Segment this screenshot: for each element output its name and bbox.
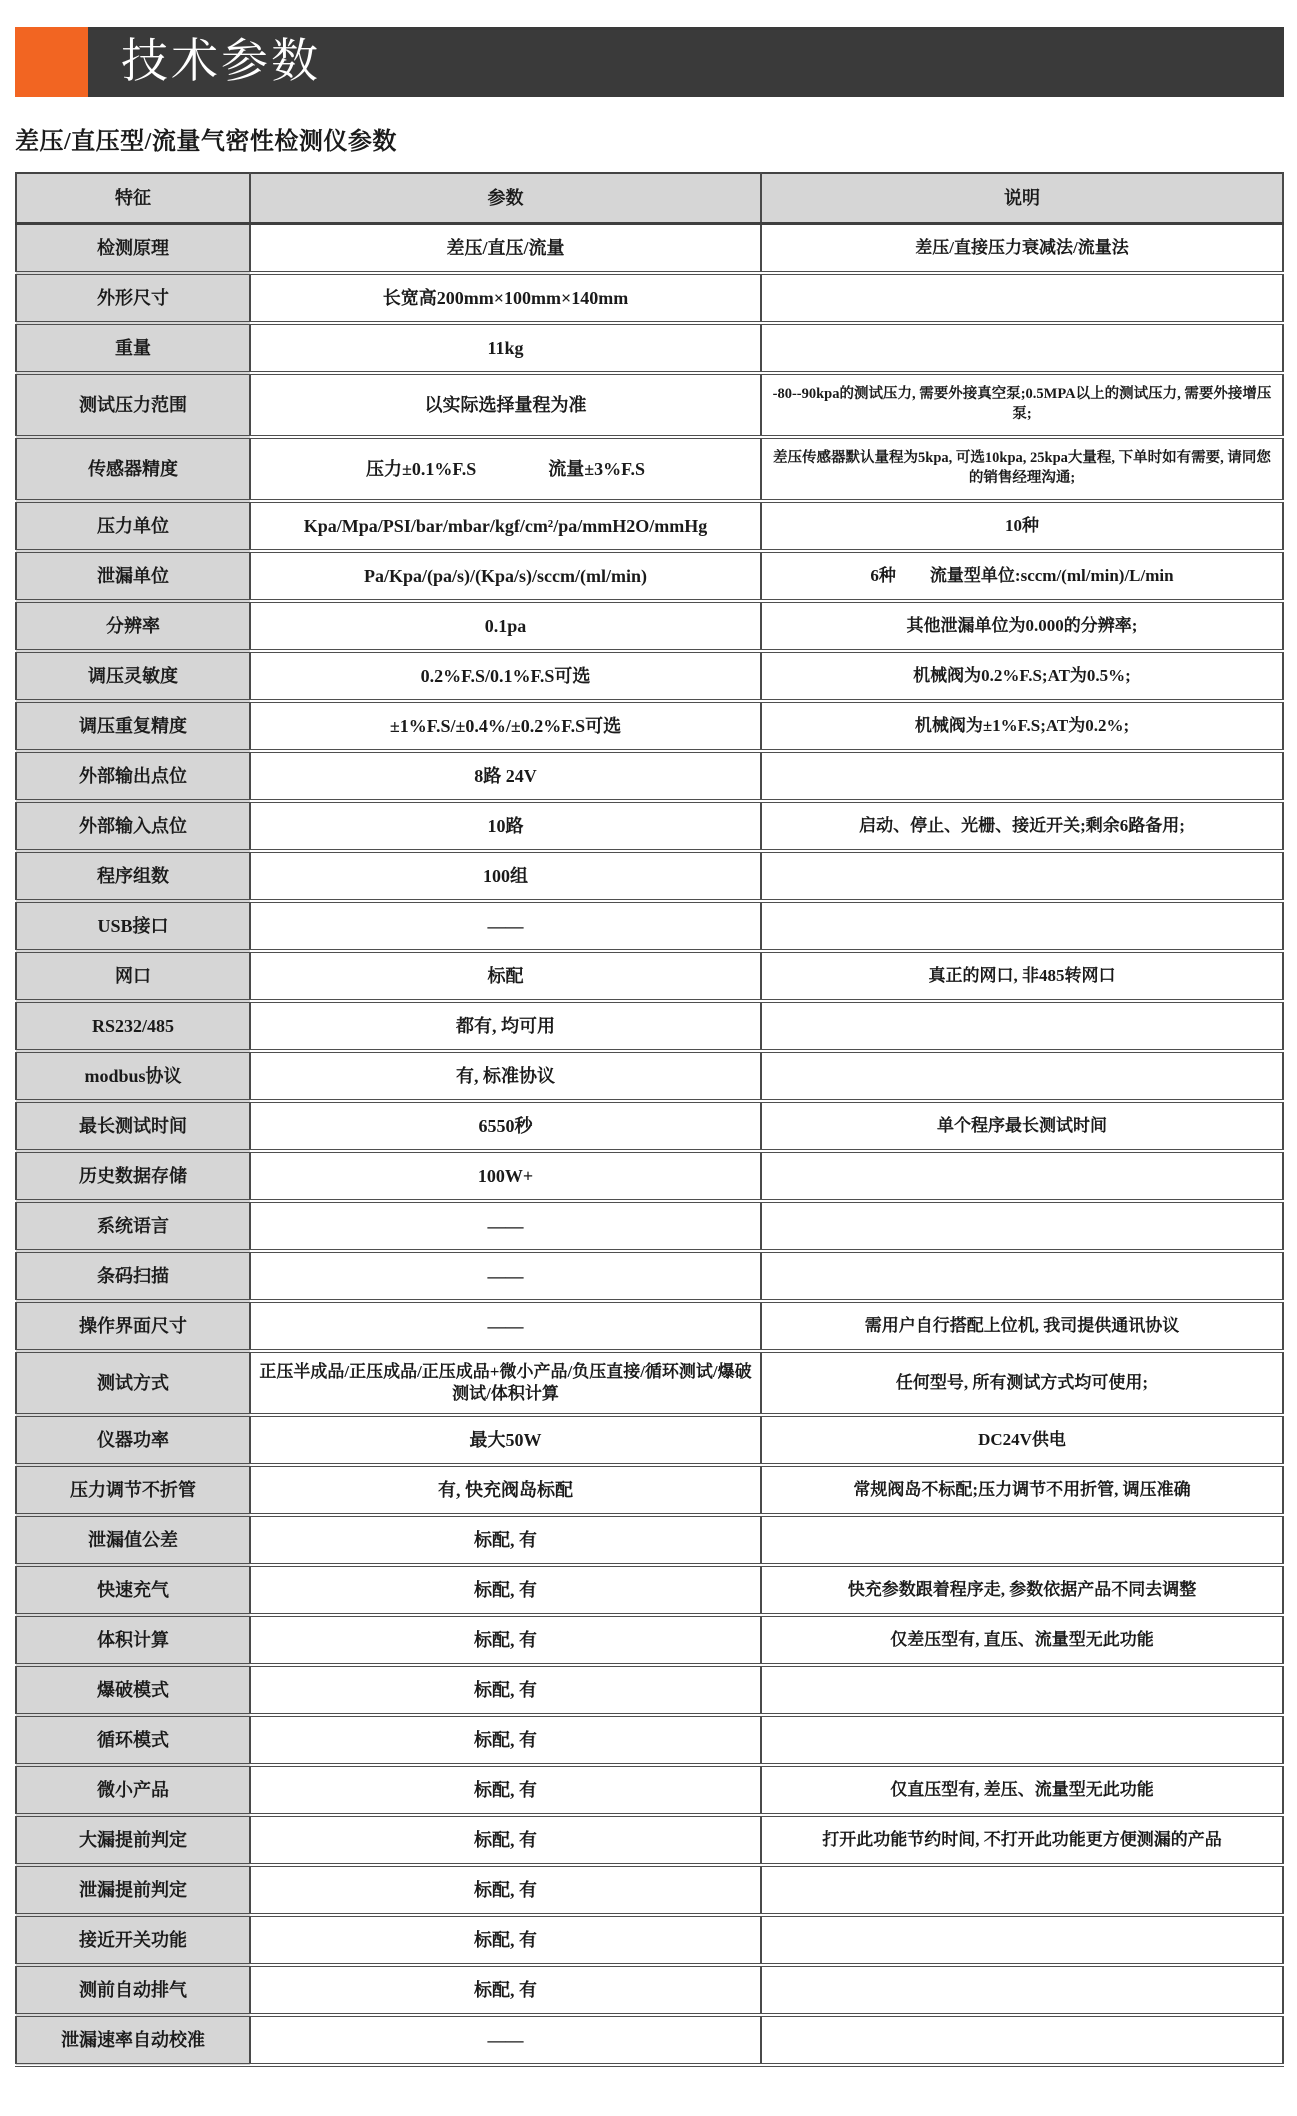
note-cell: 单个程序最长测试时间 [761,1101,1283,1151]
note-cell [761,751,1283,801]
spec-table-body: 检测原理 差压/直压/流量 差压/直接压力衰减法/流量法 外形尺寸 长宽高200… [16,223,1283,2065]
note-cell: 快充参数跟着程序走, 参数依据产品不同去调整 [761,1565,1283,1615]
param-cell: 都有, 均可用 [250,1001,761,1051]
table-row: 系统语言 —— [16,1201,1283,1251]
feature-cell: 分辨率 [16,601,250,651]
param-cell: —— [250,2015,761,2065]
param-cell: 差压/直压/流量 [250,223,761,273]
table-row: 历史数据存储 100W+ [16,1151,1283,1201]
note-cell [761,1865,1283,1915]
param-cell: 最大50W [250,1415,761,1465]
feature-cell: 操作界面尺寸 [16,1301,250,1351]
param-cell: ±1%F.S/±0.4%/±0.2%F.S可选 [250,701,761,751]
table-row: 测前自动排气 标配, 有 [16,1965,1283,2015]
note-cell [761,1201,1283,1251]
note-cell: 仅直压型有, 差压、流量型无此功能 [761,1765,1283,1815]
feature-cell: 调压灵敏度 [16,651,250,701]
feature-cell: 测试压力范围 [16,373,250,437]
feature-cell: 网口 [16,951,250,1001]
note-cell: 常规阀岛不标配;压力调节不用折管, 调压准确 [761,1465,1283,1515]
note-cell [761,1665,1283,1715]
note-cell [761,1915,1283,1965]
note-cell: 需用户自行搭配上位机, 我司提供通讯协议 [761,1301,1283,1351]
param-cell: 8路 24V [250,751,761,801]
param-cell: 0.2%F.S/0.1%F.S可选 [250,651,761,701]
note-cell: 机械阀为±1%F.S;AT为0.2%; [761,701,1283,751]
note-cell: -80--90kpa的测试压力, 需要外接真空泵;0.5MPA以上的测试压力, … [761,373,1283,437]
table-row: 检测原理 差压/直压/流量 差压/直接压力衰减法/流量法 [16,223,1283,273]
table-row: 循环模式 标配, 有 [16,1715,1283,1765]
feature-cell: 最长测试时间 [16,1101,250,1151]
param-cell: 标配 [250,951,761,1001]
note-cell [761,1965,1283,2015]
feature-cell: 接近开关功能 [16,1915,250,1965]
param-cell: Pa/Kpa/(pa/s)/(Kpa/s)/sccm/(ml/min) [250,551,761,601]
feature-cell: 重量 [16,323,250,373]
column-header-feature: 特征 [16,173,250,223]
feature-cell: 系统语言 [16,1201,250,1251]
table-row: 测试压力范围 以实际选择量程为准 -80--90kpa的测试压力, 需要外接真空… [16,373,1283,437]
feature-cell: USB接口 [16,901,250,951]
feature-cell: 外形尺寸 [16,273,250,323]
note-cell: 差压传感器默认量程为5kpa, 可选10kpa, 25kpa大量程, 下单时如有… [761,437,1283,501]
param-cell: 100组 [250,851,761,901]
table-row: 条码扫描 —— [16,1251,1283,1301]
note-cell: 10种 [761,501,1283,551]
column-header-param: 参数 [250,173,761,223]
feature-cell: 测前自动排气 [16,1965,250,2015]
param-cell: 标配, 有 [250,1715,761,1765]
column-header-note: 说明 [761,173,1283,223]
feature-cell: 压力单位 [16,501,250,551]
param-cell: 压力±0.1%F.S 流量±3%F.S [250,437,761,501]
table-row: 调压重复精度 ±1%F.S/±0.4%/±0.2%F.S可选 机械阀为±1%F.… [16,701,1283,751]
param-cell: 以实际选择量程为准 [250,373,761,437]
param-cell: 有, 快充阀岛标配 [250,1465,761,1515]
note-cell: 差压/直接压力衰减法/流量法 [761,223,1283,273]
table-row: RS232/485 都有, 均可用 [16,1001,1283,1051]
table-row: 传感器精度 压力±0.1%F.S 流量±3%F.S 差压传感器默认量程为5kpa… [16,437,1283,501]
table-row: 操作界面尺寸 —— 需用户自行搭配上位机, 我司提供通讯协议 [16,1301,1283,1351]
spec-table: 特征 参数 说明 检测原理 差压/直压/流量 差压/直接压力衰减法/流量法 外形… [15,172,1284,2067]
param-cell: 标配, 有 [250,1615,761,1665]
feature-cell: 外部输出点位 [16,751,250,801]
param-cell: 标配, 有 [250,1865,761,1915]
note-cell: 真正的网口, 非485转网口 [761,951,1283,1001]
feature-cell: 调压重复精度 [16,701,250,751]
feature-cell: RS232/485 [16,1001,250,1051]
note-cell: 打开此功能节约时间, 不打开此功能更方便测漏的产品 [761,1815,1283,1865]
note-cell: 任何型号, 所有测试方式均可使用; [761,1351,1283,1415]
orange-accent-block [15,27,88,97]
table-row: 网口 标配 真正的网口, 非485转网口 [16,951,1283,1001]
table-row: 程序组数 100组 [16,851,1283,901]
table-subtitle: 差压/直压型/流量气密性检测仪参数 [15,121,1297,156]
note-cell [761,1001,1283,1051]
note-cell [761,273,1283,323]
param-cell: 10路 [250,801,761,851]
param-cell: —— [250,1301,761,1351]
header-row: 特征 参数 说明 [16,173,1283,223]
table-row: 体积计算 标配, 有 仅差压型有, 直压、流量型无此功能 [16,1615,1283,1665]
feature-cell: 检测原理 [16,223,250,273]
note-cell [761,1051,1283,1101]
param-cell: 标配, 有 [250,1665,761,1715]
note-cell [761,1151,1283,1201]
table-row: USB接口 —— [16,901,1283,951]
feature-cell: 外部输入点位 [16,801,250,851]
param-cell: 标配, 有 [250,1815,761,1865]
note-cell [761,323,1283,373]
feature-cell: modbus协议 [16,1051,250,1101]
param-cell: —— [250,1251,761,1301]
feature-cell: 微小产品 [16,1765,250,1815]
param-cell: 标配, 有 [250,1515,761,1565]
note-cell [761,1715,1283,1765]
table-row: 微小产品 标配, 有 仅直压型有, 差压、流量型无此功能 [16,1765,1283,1815]
table-row: 外部输出点位 8路 24V [16,751,1283,801]
table-row: 泄漏速率自动校准 —— [16,2015,1283,2065]
feature-cell: 条码扫描 [16,1251,250,1301]
param-cell: —— [250,1201,761,1251]
param-cell: 标配, 有 [250,1965,761,2015]
param-cell: 标配, 有 [250,1765,761,1815]
table-row: 调压灵敏度 0.2%F.S/0.1%F.S可选 机械阀为0.2%F.S;AT为0… [16,651,1283,701]
param-cell: 11kg [250,323,761,373]
param-cell: —— [250,901,761,951]
table-row: 分辨率 0.1pa 其他泄漏单位为0.000的分辨率; [16,601,1283,651]
param-cell: 正压半成品/正压成品/正压成品+微小产品/负压直接/循环测试/爆破测试/体积计算 [250,1351,761,1415]
note-cell [761,851,1283,901]
table-row: 爆破模式 标配, 有 [16,1665,1283,1715]
note-cell: 6种 流量型单位:sccm/(ml/min)/L/min [761,551,1283,601]
param-cell: 标配, 有 [250,1915,761,1965]
feature-cell: 大漏提前判定 [16,1815,250,1865]
feature-cell: 泄漏速率自动校准 [16,2015,250,2065]
table-row: 压力调节不折管 有, 快充阀岛标配 常规阀岛不标配;压力调节不用折管, 调压准确 [16,1465,1283,1515]
table-row: 接近开关功能 标配, 有 [16,1915,1283,1965]
table-row: 压力单位 Kpa/Mpa/PSI/bar/mbar/kgf/cm²/pa/mmH… [16,501,1283,551]
feature-cell: 循环模式 [16,1715,250,1765]
feature-cell: 历史数据存储 [16,1151,250,1201]
section-header-bar: 技术参数 [15,27,1284,97]
feature-cell: 体积计算 [16,1615,250,1665]
page-title: 技术参数 [121,27,321,97]
feature-cell: 泄漏单位 [16,551,250,601]
feature-cell: 程序组数 [16,851,250,901]
table-row: 外部输入点位 10路 启动、停止、光栅、接近开关;剩余6路备用; [16,801,1283,851]
note-cell [761,1515,1283,1565]
feature-cell: 爆破模式 [16,1665,250,1715]
table-row: 泄漏单位 Pa/Kpa/(pa/s)/(Kpa/s)/sccm/(ml/min)… [16,551,1283,601]
table-row: 最长测试时间 6550秒 单个程序最长测试时间 [16,1101,1283,1151]
feature-cell: 仪器功率 [16,1415,250,1465]
table-row: 仪器功率 最大50W DC24V供电 [16,1415,1283,1465]
note-cell [761,901,1283,951]
feature-cell: 快速充气 [16,1565,250,1615]
table-row: 外形尺寸 长宽高200mm×100mm×140mm [16,273,1283,323]
spec-table-header: 特征 参数 说明 [16,173,1283,223]
note-cell: DC24V供电 [761,1415,1283,1465]
feature-cell: 压力调节不折管 [16,1465,250,1515]
note-cell [761,1251,1283,1301]
param-cell: Kpa/Mpa/PSI/bar/mbar/kgf/cm²/pa/mmH2O/mm… [250,501,761,551]
table-row: 快速充气 标配, 有 快充参数跟着程序走, 参数依据产品不同去调整 [16,1565,1283,1615]
param-cell: 标配, 有 [250,1565,761,1615]
param-cell: 100W+ [250,1151,761,1201]
table-row: 泄漏提前判定 标配, 有 [16,1865,1283,1915]
table-row: 大漏提前判定 标配, 有 打开此功能节约时间, 不打开此功能更方便测漏的产品 [16,1815,1283,1865]
feature-cell: 传感器精度 [16,437,250,501]
note-cell: 其他泄漏单位为0.000的分辨率; [761,601,1283,651]
table-row: 重量 11kg [16,323,1283,373]
note-cell: 仅差压型有, 直压、流量型无此功能 [761,1615,1283,1665]
table-row: 泄漏值公差 标配, 有 [16,1515,1283,1565]
feature-cell: 测试方式 [16,1351,250,1415]
feature-cell: 泄漏提前判定 [16,1865,250,1915]
table-row: modbus协议 有, 标准协议 [16,1051,1283,1101]
note-cell [761,2015,1283,2065]
param-cell: 6550秒 [250,1101,761,1151]
param-cell: 有, 标准协议 [250,1051,761,1101]
param-cell: 长宽高200mm×100mm×140mm [250,273,761,323]
note-cell: 启动、停止、光栅、接近开关;剩余6路备用; [761,801,1283,851]
feature-cell: 泄漏值公差 [16,1515,250,1565]
param-cell: 0.1pa [250,601,761,651]
table-row: 测试方式 正压半成品/正压成品/正压成品+微小产品/负压直接/循环测试/爆破测试… [16,1351,1283,1415]
spec-sheet-page: 技术参数 差压/直压型/流量气密性检测仪参数 特征 参数 说明 检测原理 差压/… [0,27,1297,2116]
note-cell: 机械阀为0.2%F.S;AT为0.5%; [761,651,1283,701]
